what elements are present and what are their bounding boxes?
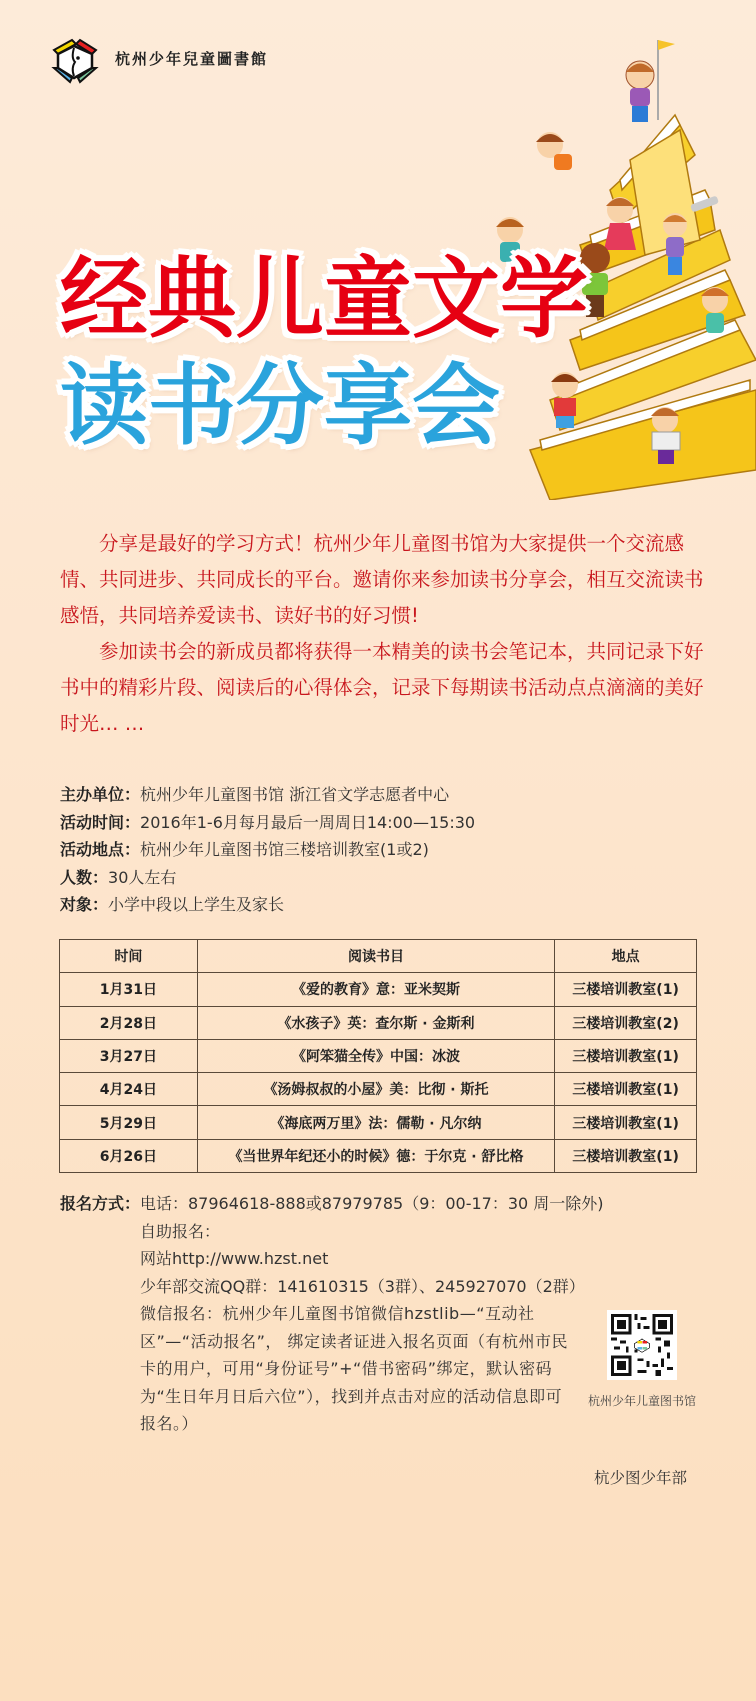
info-audience: 对象：小学中段以上学生及家长 — [60, 891, 710, 919]
intro-text: 分享是最好的学习方式！杭州少年儿童图书馆为大家提供一个交流感情、共同进步、共同成… — [60, 526, 710, 742]
intro-paragraph-2: 参加读书会的新成员都将获得一本精美的读书会笔记本，共同记录下好书中的精彩片段、阅… — [60, 634, 710, 742]
table-row: 4月24日 《汤姆叔叔的小屋》美：比彻 · 斯托 三楼培训教室(1) — [60, 1073, 697, 1106]
info-location: 活动地点：杭州少年儿童图书馆三楼培训教室(1或2) — [60, 836, 710, 864]
intro-paragraph-1: 分享是最好的学习方式！杭州少年儿童图书馆为大家提供一个交流感情、共同进步、共同成… — [60, 526, 710, 634]
table-row: 2月28日 《水孩子》英：查尔斯 · 金斯利 三楼培训教室(2) — [60, 1006, 697, 1039]
info-organizer: 主办单位：杭州少年儿童图书馆 浙江省文学志愿者中心 — [60, 781, 710, 809]
registration-self-service: 自助报名： — [140, 1218, 700, 1246]
info-time: 活动时间：2016年1-6月每月最后一周周日14:00—15:30 — [60, 809, 710, 837]
signature: 杭少图少年部 — [594, 1466, 687, 1488]
table-row: 6月26日 《当世界年纪还小的时候》德：于尔克 · 舒比格 三楼培训教室(1) — [60, 1139, 697, 1172]
registration-wechat: 微信报名：杭州少年儿童图书馆微信hzstlib—“互动社区”—“活动报名”， 绑… — [140, 1300, 570, 1438]
wechat-qr-code-icon[interactable] — [607, 1310, 677, 1380]
registration-phone: 电话：87964618-888或87979785（9：00-17：30 周一除外… — [140, 1190, 700, 1218]
header-location: 地点 — [555, 940, 697, 973]
qr-caption: 杭州少年儿童图书馆 — [588, 1392, 696, 1409]
org-name: 杭州少年兒童圖書館 — [115, 48, 268, 69]
registration-qq-groups: 少年部交流QQ群：141610315（3群）、245927070（2群） — [140, 1273, 700, 1301]
event-info: 主办单位：杭州少年儿童图书馆 浙江省文学志愿者中心 活动时间：2016年1-6月… — [60, 781, 710, 919]
library-book-logo-icon — [50, 38, 100, 84]
table-row: 5月29日 《海底两万里》法：儒勒 · 凡尔纳 三楼培训教室(1) — [60, 1106, 697, 1139]
header-book: 阅读书目 — [197, 940, 554, 973]
title-line-1: 经典儿童文学 — [60, 255, 588, 343]
header-date: 时间 — [60, 940, 198, 973]
registration-label: 报名方式： — [60, 1190, 140, 1218]
title-line-2: 读书分享会 — [60, 362, 500, 450]
registration-website-link[interactable]: 网站http://www.hzst.net — [140, 1245, 700, 1273]
table-row: 3月27日 《阿笨猫全传》中国：冰波 三楼培训教室(1) — [60, 1039, 697, 1072]
table-row: 1月31日 《爱的教育》意：亚米契斯 三楼培训教室(1) — [60, 973, 697, 1006]
table-header-row: 时间 阅读书目 地点 — [60, 940, 697, 973]
schedule-table: 时间 阅读书目 地点 1月31日 《爱的教育》意：亚米契斯 三楼培训教室(1) … — [59, 939, 697, 1173]
info-capacity: 人数：30人左右 — [60, 864, 710, 892]
